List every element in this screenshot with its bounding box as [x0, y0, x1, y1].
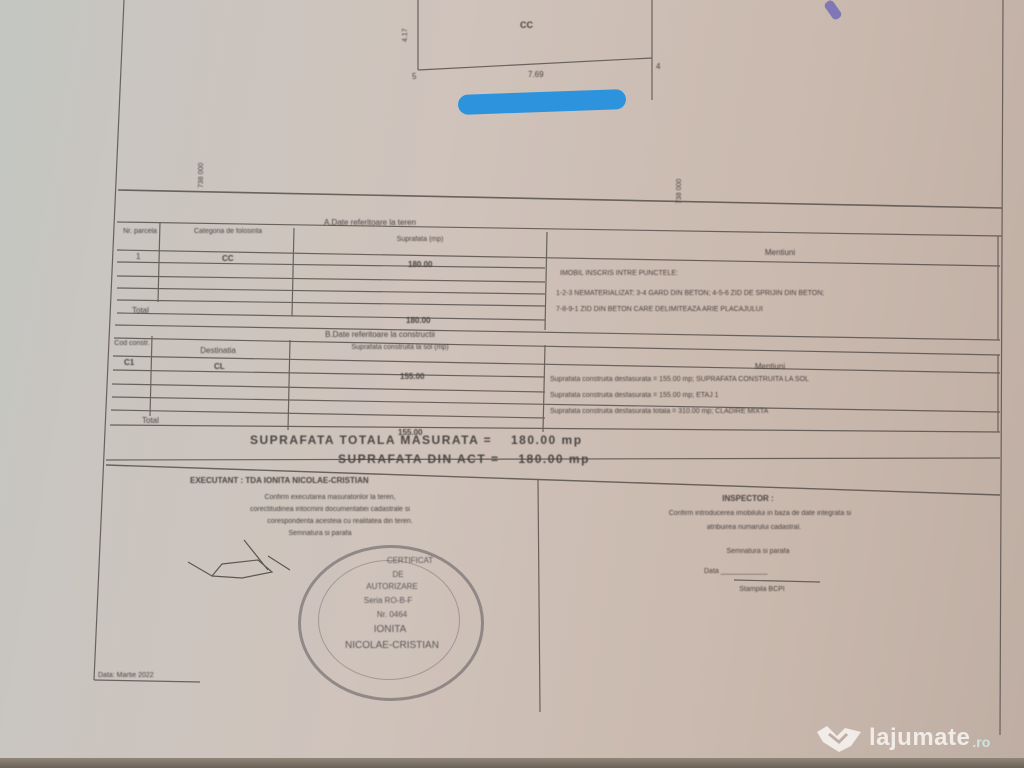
total-act-value: 180.00 mp [518, 452, 590, 466]
row-categoria: CC [222, 254, 234, 263]
total-act-label: SUPRAFATA DIN ACT = [338, 452, 500, 466]
executant-title: EXECUTANT : TDA IONITA NICOLAE-CRISTIAN [190, 476, 369, 485]
mentiuni-b-2: Suprafata construita desfasurata = 155.0… [550, 392, 719, 399]
logo-brand: lajumate [869, 724, 970, 752]
inspector-line-3: Semnatura si parafa [726, 548, 789, 555]
total-label-a: Total [132, 306, 149, 315]
col-cod: Cod constr. [114, 340, 149, 347]
col-mentiuni-a: Mentiuni [765, 248, 795, 257]
total-value-a: 180.00 [406, 316, 430, 325]
mentiuni-b-1: Suprafata construita desfasurata = 155.0… [550, 376, 809, 383]
stamp-line: AUTORIZARE [366, 582, 417, 591]
mentiuni-a-2: 1-2-3 NEMATERIALIZAT; 3-4 GARD DIN BETON… [556, 290, 824, 297]
row-suprafata-b: 155.00 [400, 372, 424, 381]
col-mentiuni-b: Mentiuni [755, 362, 785, 371]
executant-line-4: Semnatura si parafa [288, 530, 351, 537]
total-masurata-value: 180.00 mp [511, 433, 583, 447]
mentiuni-a-1: IMOBIL INSCRIS INTRE PUNCTELE: [560, 270, 678, 277]
stamp-line: Seria RO-B-F [364, 596, 412, 605]
document-lines [0, 0, 1024, 768]
inspector-date: Data ____________ [704, 568, 767, 575]
mentiuni-a-3: 7-8-9-1 ZID DIN BETON CARE DELIMITEAZA A… [556, 306, 763, 313]
total-act: SUPRAFATA DIN ACT = 180.00 mp [338, 452, 590, 466]
executant-line-3: corespondenta acesteia cu realitatea din… [267, 518, 413, 525]
stamp-line: NICOLAE-CRISTIAN [345, 640, 439, 651]
executant-line-1: Confirm executarea masuratorilor la tere… [264, 494, 395, 501]
table-edge [0, 758, 1024, 768]
total-masurata: SUPRAFATA TOTALA MASURATA = 180.00 mp [250, 433, 583, 447]
section-a-title: A.Date referitoare la teren [324, 218, 416, 227]
corner-left: 5 [412, 72, 416, 81]
coordinate-left: 738 000 [198, 163, 205, 188]
row-suprafata: 180.00 [408, 260, 432, 269]
stamp-inner [318, 560, 460, 680]
inspector-title: INSPECTOR : [722, 494, 773, 503]
document-date: Data: Martie 2022 [98, 672, 154, 679]
total-masurata-label: SUPRAFATA TOTALA MASURATA = [250, 433, 492, 447]
logo-tld: .ro [972, 734, 990, 750]
stamp-line: Nr. 0464 [377, 610, 407, 619]
stamp-line: DE [392, 570, 403, 579]
lajumate-watermark: lajumate .ro [815, 722, 990, 754]
col-suprafata: Suprafata (mp) [397, 236, 444, 243]
mentiuni-b-3: Suprafata construita desfasurata totala … [550, 408, 768, 415]
dimension-side: 4.17 [402, 28, 409, 42]
section-b-subtitle: Suprafata construita la sol (mp) [351, 344, 448, 351]
col-categoria: Categoria de folosinta [194, 228, 262, 235]
document-photo [0, 0, 1024, 768]
handshake-icon [815, 722, 863, 754]
stamp-line: IONITA [374, 624, 407, 635]
parcel-label: CC [520, 20, 533, 30]
coordinate-right: 738 000 [676, 179, 683, 204]
col-destinatia: Destinatia [200, 346, 236, 355]
corner-right: 4 [656, 62, 660, 71]
dimension-bottom: 7.69 [528, 70, 544, 79]
executant-line-2: corectitudinea intocmirii documentatiei … [250, 506, 410, 513]
col-nr-parcela: Nr. parcela [123, 228, 157, 235]
total-label-b: Total [142, 416, 159, 425]
row-destinatia: CL [214, 362, 225, 371]
inspector-line-1: Confirm introducerea imobilului in baza … [669, 510, 852, 517]
inspector-line-2: atribuirea numarului cadastral. [707, 524, 801, 531]
row-nr: 1 [136, 252, 140, 261]
inspector-stamp-label: Stampila BCPI [739, 586, 785, 593]
section-b-title: B.Date referitoare la constructii [325, 330, 435, 339]
stamp-line: CERTIFICAT [387, 556, 433, 565]
row-cod: C1 [124, 358, 134, 367]
